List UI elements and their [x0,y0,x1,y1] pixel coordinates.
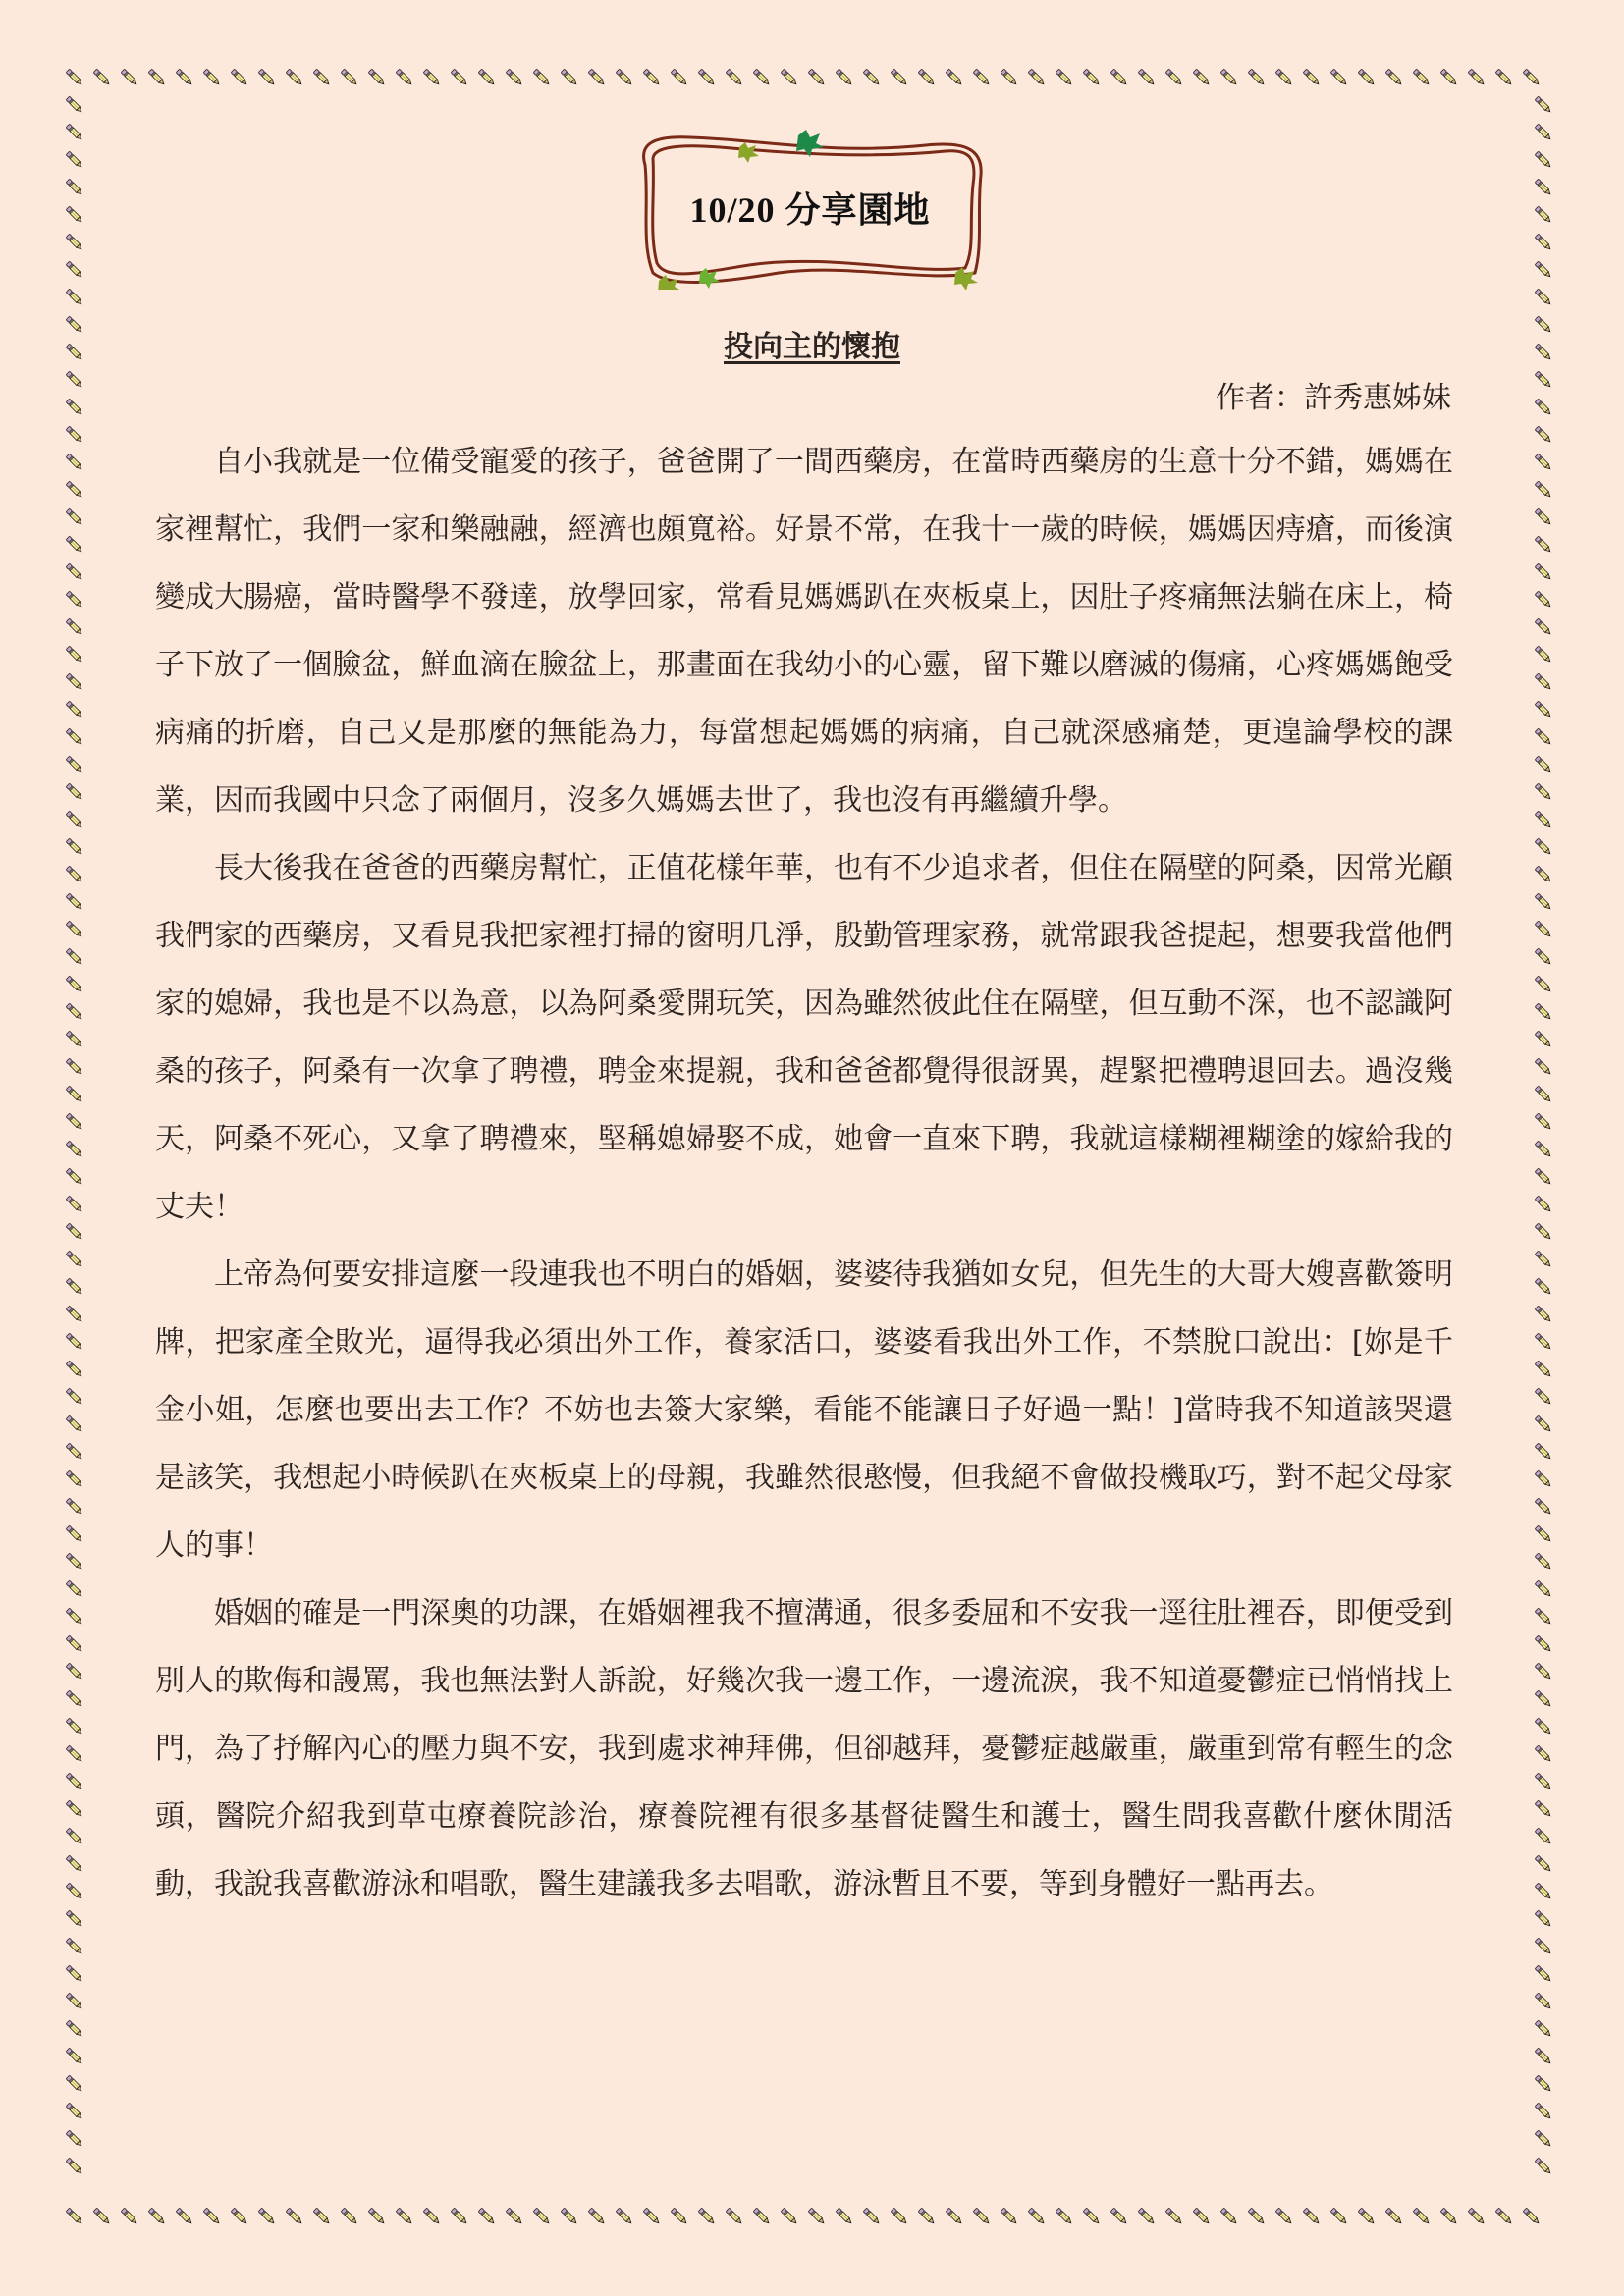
pencil-icon [861,67,883,88]
pencil-icon [1411,2206,1433,2227]
pencil-icon [284,67,305,88]
pencil-icon [64,1084,85,1105]
pencil-icon [174,2206,195,2227]
pencil-icon [421,67,443,88]
pencil-icon [366,2206,388,2227]
pencil-icon [1191,67,1213,88]
pencil-icon [1246,2206,1268,2227]
pencil-icon [64,1331,85,1353]
pencil-icon [64,946,85,968]
pencil-icon [1273,2206,1295,2227]
pencil-icon [1533,259,1554,281]
pencil-icon [1218,67,1240,88]
pencil-icon [1533,1139,1554,1160]
pencil-icon [91,67,113,88]
pencil-icon [1533,1963,1554,1985]
pencil-icon [1533,1633,1554,1655]
pencil-icon [1533,1084,1554,1105]
pencil-icon [1533,479,1554,501]
pencil-icon [999,67,1020,88]
pencil-border-right [1533,94,1554,2177]
article-body: 自小我就是一位備受寵愛的孩子，爸爸開了一間西藥房，在當時西藥房的生意十分不錯，媽… [155,428,1453,1918]
pencil-icon [1533,1523,1554,1545]
pencil-icon [1533,2101,1554,2122]
pencil-icon [1218,2206,1240,2227]
pencil-icon [1026,2206,1048,2227]
pencil-icon [64,232,85,253]
pencil-icon [1533,1249,1554,1270]
pencil-icon [1533,781,1554,803]
pencil-icon [1109,2206,1130,2227]
pencil-icon [1533,589,1554,611]
pencil-icon [64,974,85,995]
pencil-icon [504,2206,525,2227]
pencil-icon [394,2206,415,2227]
pencil-icon [1533,1798,1554,1820]
pencil-icon [1466,2206,1488,2227]
pencil-icon [779,67,800,88]
pencil-icon [64,671,85,693]
pencil-icon [64,2073,85,2095]
pencil-icon [64,589,85,611]
pencil-icon [779,2206,800,2227]
pencil-icon [64,1139,85,1160]
pencil-icon [311,67,333,88]
pencil-icon [1533,1276,1554,1298]
pencil-icon [449,2206,470,2227]
pencil-icon [64,507,85,528]
pencil-icon [1533,1578,1554,1600]
pencil-icon [64,561,85,583]
pencil-icon [971,2206,993,2227]
pencil-icon [1533,864,1554,885]
pencil-icon [1383,67,1405,88]
paragraph: 上帝為何要安排這麼一段連我也不明白的婚姻，婆婆待我猶如女兒，但先生的大哥大嫂喜歡… [155,1241,1453,1579]
pencil-icon [724,2206,745,2227]
pencil-icon [146,2206,168,2227]
pencil-icon [1533,1853,1554,1875]
pencil-icon [1533,1029,1554,1050]
pencil-icon [1533,1331,1554,1353]
pencil-icon [1081,2206,1103,2227]
pencil-icon [1521,67,1543,88]
pencil-icon [64,836,85,858]
pencil-icon [696,67,718,88]
pencil-icon [64,809,85,830]
pencil-icon [1301,67,1323,88]
pencil-border-bottom [64,2206,1543,2227]
pencil-icon [64,2128,85,2150]
pencil-icon [1533,149,1554,171]
pencil-icon [339,2206,360,2227]
pencil-icon [201,67,223,88]
pencil-icon [1411,67,1433,88]
pencil-icon [641,67,663,88]
pencil-icon [64,1963,85,1985]
pencil-icon [999,2206,1020,2227]
pencil-icon [64,1496,85,1518]
pencil-icon [64,1468,85,1490]
pencil-icon [64,644,85,666]
pencil-icon [394,67,415,88]
pencil-icon [669,67,690,88]
pencil-icon [119,2206,140,2227]
pencil-icon [1533,177,1554,198]
pencil-icon [64,1441,85,1463]
pencil-icon [1533,561,1554,583]
pencil-icon [806,2206,828,2227]
pencil-icon [1533,397,1554,418]
pencil-icon [64,1853,85,1875]
pencil-icon [64,1386,85,1408]
pencil-icon [944,67,965,88]
pencil-border-top [64,67,1543,88]
pencil-icon [1533,369,1554,391]
pencil-icon [1521,2206,1543,2227]
pencil-icon [64,1881,85,1902]
pencil-icon [64,149,85,171]
pencil-icon [1533,1056,1554,1078]
pencil-icon [119,67,140,88]
pencil-icon [64,2206,85,2227]
pencil-icon [284,2206,305,2227]
pencil-icon [1438,2206,1460,2227]
pencil-icon [1533,122,1554,143]
pencil-icon [1533,534,1554,556]
title-frame: 10/20 分享園地 [631,126,989,290]
pencil-icon [64,1029,85,1050]
pencil-icon [1054,2206,1075,2227]
pencil-icon [229,2206,250,2227]
pencil-icon [1328,2206,1350,2227]
pencil-icon [971,67,993,88]
pencil-icon [64,2101,85,2122]
pencil-icon [834,2206,855,2227]
pencil-icon [1533,1001,1554,1023]
pencil-icon [174,67,195,88]
pencil-icon [64,1523,85,1545]
pencil-icon [64,287,85,308]
pencil-icon [1493,2206,1515,2227]
pencil-icon [1533,1166,1554,1188]
pencil-icon [1533,671,1554,693]
pencil-icon [1533,726,1554,748]
pencil-icon [1533,1551,1554,1573]
pencil-icon [64,1166,85,1188]
pencil-icon [256,67,278,88]
pencil-icon [724,67,745,88]
pencil-icon [64,1359,85,1380]
article-title: 投向主的懷抱 [0,322,1624,365]
pencil-icon [1533,754,1554,775]
pencil-icon [1533,946,1554,968]
pencil-icon [1533,1359,1554,1380]
pencil-icon [64,479,85,501]
pencil-icon [806,67,828,88]
pencil-icon [64,1798,85,1820]
pencil-icon [1533,891,1554,913]
pencil-icon [1533,1221,1554,1243]
pencil-icon [64,919,85,940]
pencil-icon [64,1716,85,1737]
pencil-icon [64,1743,85,1765]
pencil-icon [64,1249,85,1270]
pencil-icon [531,67,553,88]
pencil-icon [1136,2206,1158,2227]
pencil-icon [64,452,85,473]
pencil-icon [669,2206,690,2227]
pencil-icon [559,2206,580,2227]
paragraph: 婚姻的確是一門深奧的功課，在婚姻裡我不擅溝通，很多委屈和不安我一逕往肚裡吞，即便… [155,1579,1453,1918]
pencil-icon [1533,1606,1554,1628]
pencil-icon [1533,94,1554,116]
pencil-icon [91,2206,113,2227]
pencil-icon [64,424,85,446]
pencil-icon [1533,1441,1554,1463]
pencil-icon [1301,2206,1323,2227]
pencil-icon [1383,2206,1405,2227]
pencil-icon [1533,2073,1554,2095]
pencil-icon [504,67,525,88]
pencil-icon [64,1578,85,1600]
pencil-icon [1533,2018,1554,2040]
pencil-icon [1164,2206,1185,2227]
pencil-icon [1246,67,1268,88]
pencil-icon [64,1194,85,1215]
pencil-icon [696,2206,718,2227]
pencil-icon [64,1606,85,1628]
pencil-icon [64,781,85,803]
pencil-icon [1533,1991,1554,2012]
pencil-icon [1533,1386,1554,1408]
pencil-icon [861,2206,883,2227]
pencil-icon [339,67,360,88]
pencil-icon [64,2018,85,2040]
pencil-icon [1533,2128,1554,2150]
pencil-icon [64,94,85,116]
pencil-icon [1533,1496,1554,1518]
author-line: 作者：許秀惠姊妹 [1216,373,1451,416]
pencil-icon [1533,1716,1554,1737]
pencil-icon [1533,204,1554,226]
pencil-icon [256,2206,278,2227]
pencil-icon [1356,2206,1378,2227]
pencil-icon [1533,616,1554,638]
pencil-icon [1533,1194,1554,1215]
pencil-icon [64,259,85,281]
pencil-icon [64,1304,85,1325]
pencil-icon [64,1221,85,1243]
pencil-icon [751,2206,773,2227]
pencil-icon [559,67,580,88]
pencil-icon [641,2206,663,2227]
pencil-icon [1533,2046,1554,2067]
pencil-icon [421,2206,443,2227]
pencil-icon [64,1551,85,1573]
pencil-icon [1533,232,1554,253]
pencil-icon [1533,1468,1554,1490]
page-heading: 10/20 分享園地 [631,126,989,290]
pencil-icon [1533,2156,1554,2177]
pencil-icon [1273,67,1295,88]
pencil-icon [1466,67,1488,88]
pencil-icon [449,67,470,88]
pencil-icon [1081,67,1103,88]
pencil-icon [1026,67,1048,88]
pencil-icon [64,1414,85,1435]
pencil-icon [64,1688,85,1710]
pencil-icon [1533,1414,1554,1435]
pencil-icon [1136,67,1158,88]
pencil-icon [1533,1826,1554,1847]
pencil-icon [1533,1304,1554,1325]
pencil-icon [64,369,85,391]
pencil-icon [64,1826,85,1847]
pencil-icon [1533,507,1554,528]
pencil-icon [614,2206,635,2227]
pencil-icon [64,204,85,226]
pencil-icon [64,754,85,775]
pencil-icon [476,67,498,88]
pencil-icon [476,2206,498,2227]
pencil-icon [1533,1936,1554,1957]
pencil-icon [64,864,85,885]
pencil-icon [64,1633,85,1655]
pencil-icon [834,67,855,88]
pencil-icon [64,397,85,418]
pencil-icon [64,616,85,638]
pencil-icon [889,2206,910,2227]
pencil-icon [64,1111,85,1133]
pencil-icon [64,534,85,556]
pencil-icon [1054,67,1075,88]
pencil-icon [64,1908,85,1930]
pencil-icon [1533,974,1554,995]
pencil-icon [1356,67,1378,88]
pencil-icon [64,177,85,198]
pencil-icon [64,1001,85,1023]
pencil-icon [1533,1881,1554,1902]
pencil-icon [64,67,85,88]
pencil-icon [64,891,85,913]
pencil-icon [64,2046,85,2067]
pencil-icon [1533,1743,1554,1765]
pencil-icon [1533,424,1554,446]
pencil-icon [64,1276,85,1298]
pencil-icon [64,699,85,721]
pencil-icon [614,67,635,88]
pencil-icon [64,1661,85,1682]
pencil-icon [64,1056,85,1078]
pencil-icon [229,67,250,88]
pencil-icon [1533,1908,1554,1930]
paragraph: 長大後我在爸爸的西藥房幫忙，正值花樣年華，也有不少追求者，但住在隔壁的阿桑，因常… [155,834,1453,1241]
pencil-icon [64,1936,85,1957]
pencil-icon [1533,919,1554,940]
pencil-icon [531,2206,553,2227]
pencil-icon [64,122,85,143]
pencil-icon [64,1771,85,1792]
pencil-icon [916,67,938,88]
pencil-icon [146,67,168,88]
pencil-icon [586,67,608,88]
pencil-icon [366,67,388,88]
pencil-icon [1533,452,1554,473]
paragraph: 自小我就是一位備受寵愛的孩子，爸爸開了一間西藥房，在當時西藥房的生意十分不錯，媽… [155,428,1453,834]
pencil-icon [1191,2206,1213,2227]
pencil-icon [751,67,773,88]
pencil-icon [1533,1771,1554,1792]
pencil-icon [1533,287,1554,308]
pencil-icon [1533,1688,1554,1710]
pencil-icon [64,2156,85,2177]
pencil-icon [586,2206,608,2227]
pencil-icon [1533,644,1554,666]
pencil-icon [64,726,85,748]
pencil-icon [1533,1661,1554,1682]
pencil-icon [1533,809,1554,830]
pencil-icon [1164,67,1185,88]
pencil-icon [1493,67,1515,88]
pencil-icon [1328,67,1350,88]
pencil-icon [64,1991,85,2012]
pencil-icon [889,67,910,88]
pencil-icon [944,2206,965,2227]
pencil-icon [916,2206,938,2227]
pencil-icon [1438,67,1460,88]
pencil-icon [1533,699,1554,721]
pencil-icon [201,2206,223,2227]
pencil-icon [311,2206,333,2227]
pencil-icon [1533,1111,1554,1133]
pencil-icon [1533,836,1554,858]
pencil-border-left [64,94,85,2177]
pencil-icon [1109,67,1130,88]
